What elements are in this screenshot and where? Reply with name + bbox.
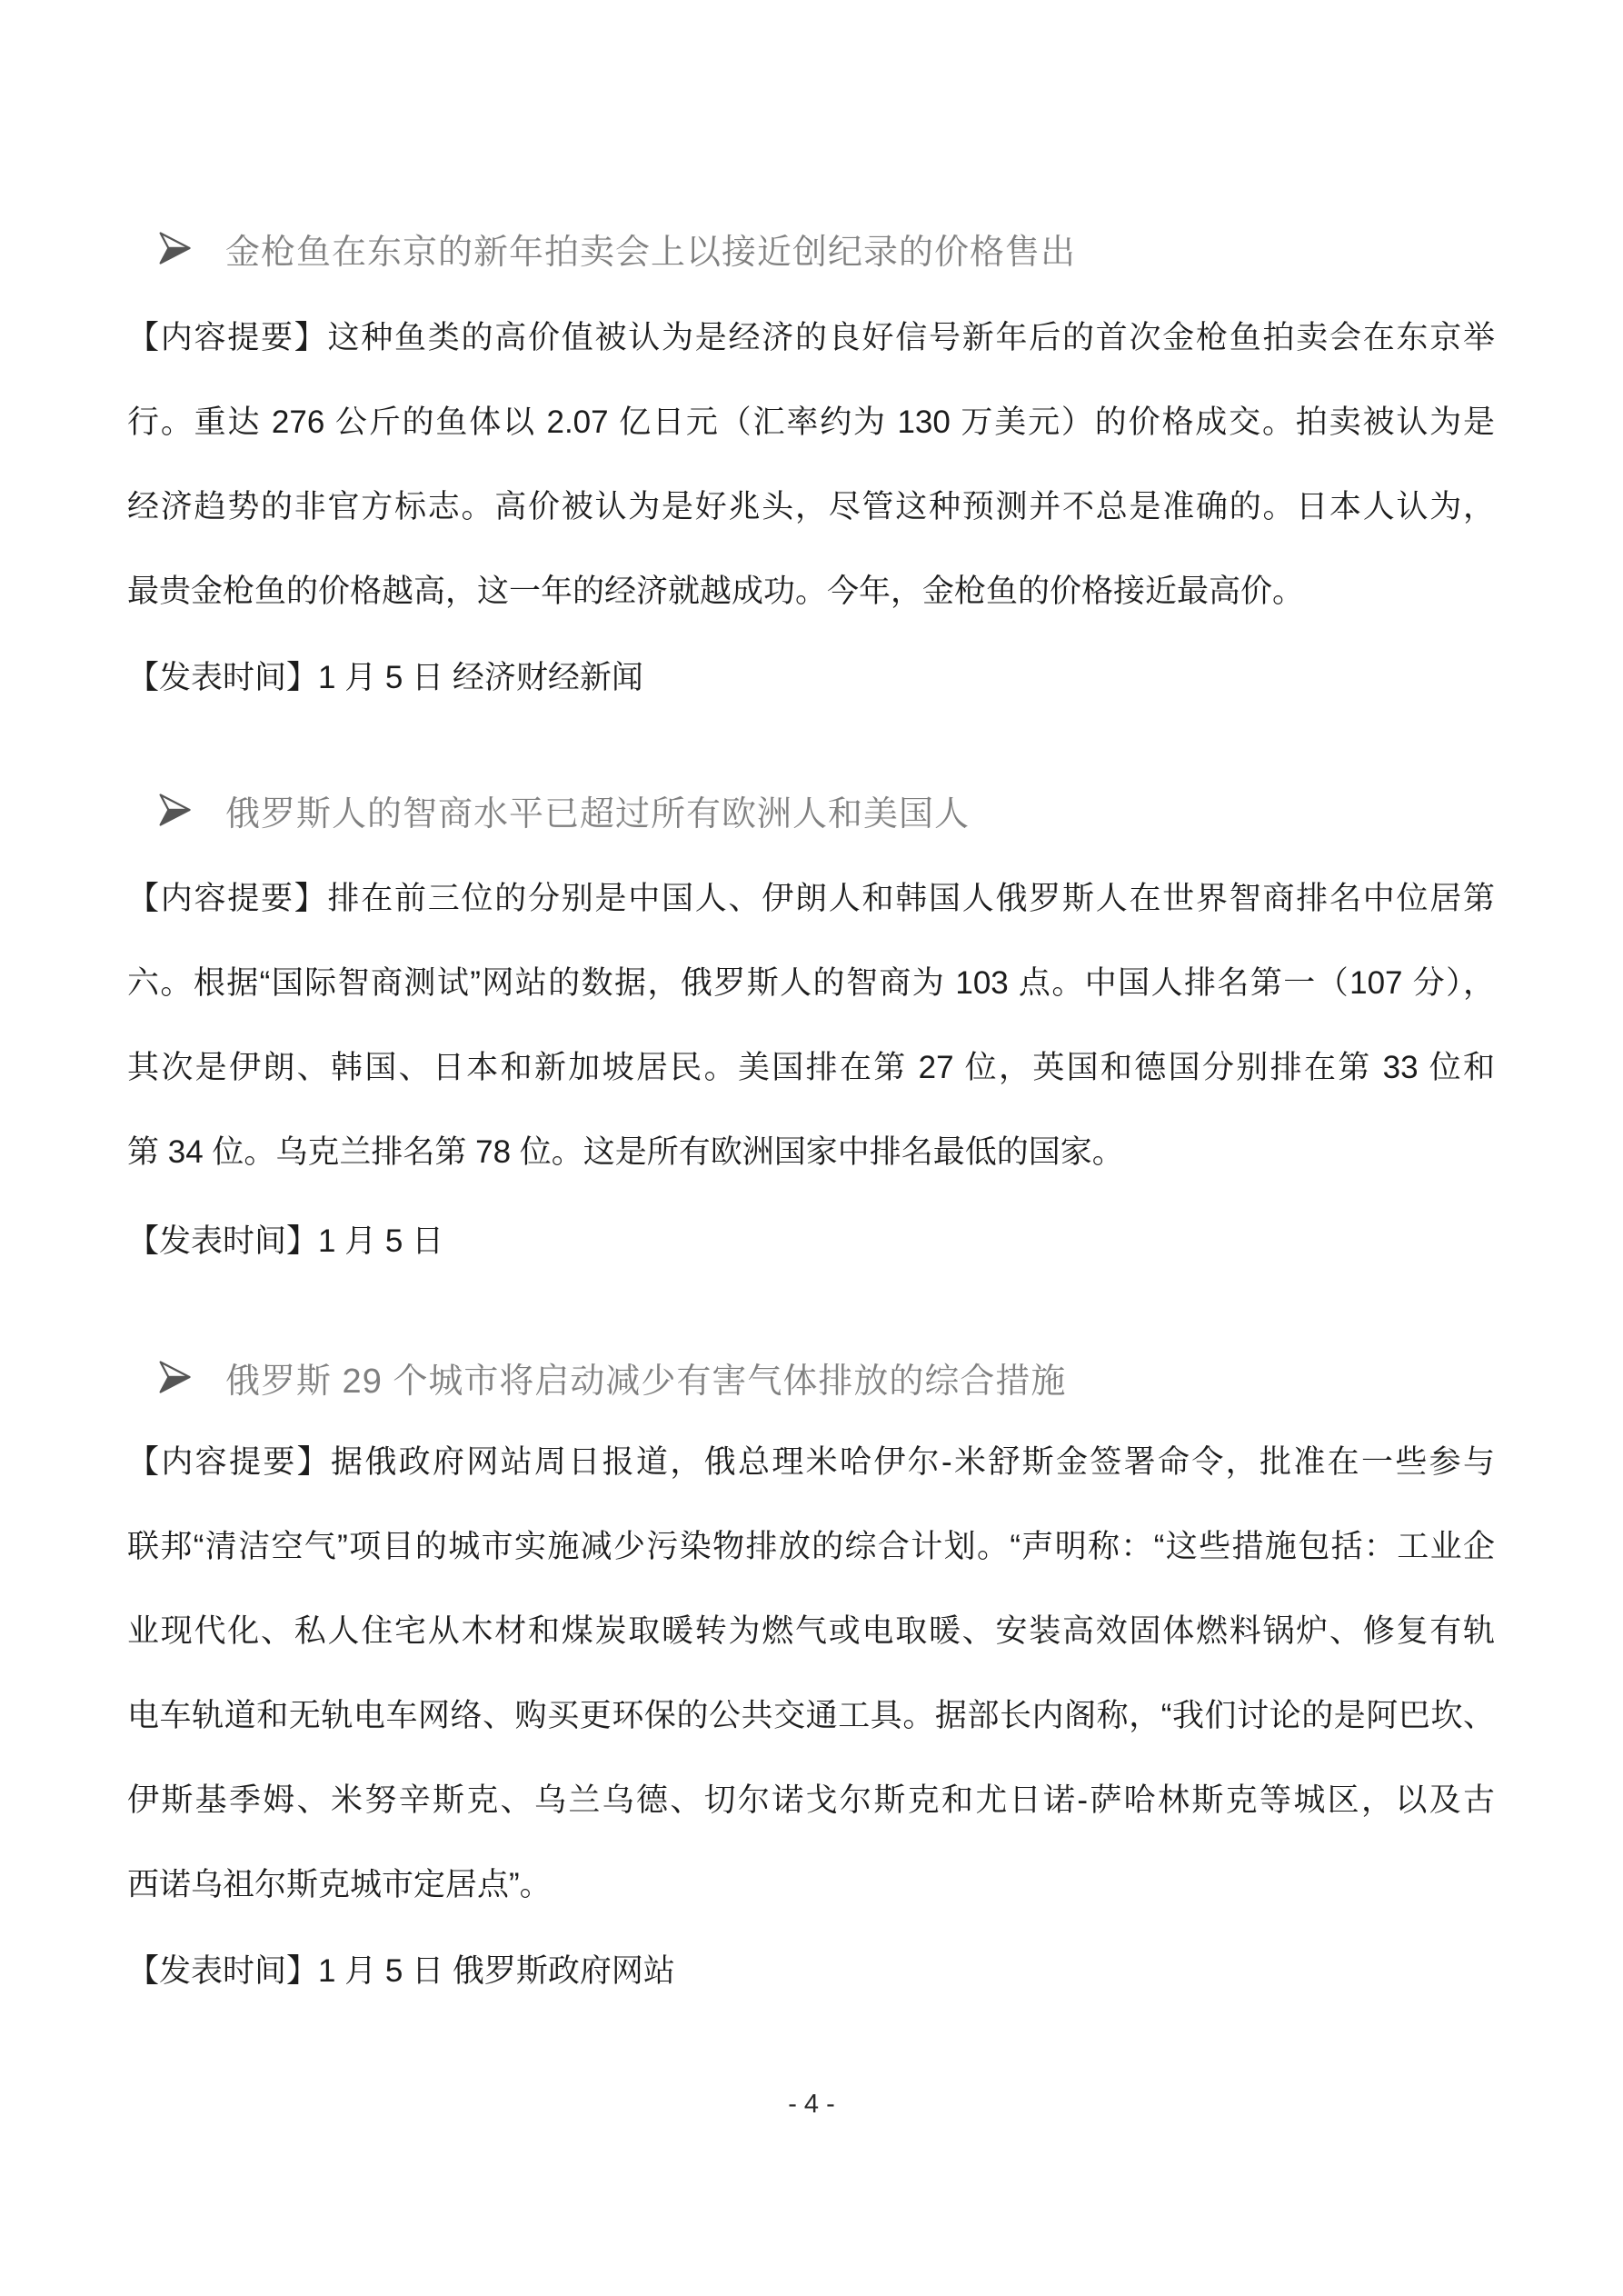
section-heading: 俄罗斯 29 个城市将启动减少有害气体排放的综合措施: [154, 1350, 1499, 1404]
summary-line: 第 34 位。乌克兰排名第 78 位。这是所有欧洲国家中排名最低的国家。: [127, 1110, 1495, 1194]
section-title: 金枪鱼在东京的新年拍卖会上以接近创纪录的价格售出: [225, 224, 1076, 274]
page-footer: - 4 -: [0, 2086, 1623, 2122]
section-summary: 【内容提要】排在前三位的分别是中国人、伊朗人和韩国人俄罗斯人在世界智商排名中位居…: [127, 856, 1495, 1194]
summary-line: 六。根据“国际智商测试”网站的数据，俄罗斯人的智商为 103 点。中国人排名第一…: [127, 941, 1495, 1025]
section-heading: 金枪鱼在东京的新年拍卖会上以接近创纪录的价格售出: [154, 221, 1499, 275]
section-summary: 【内容提要】这种鱼类的高价值被认为是经济的良好信号新年后的首次金枪鱼拍卖会在东京…: [127, 295, 1495, 634]
summary-line: 经济趋势的非官方标志。高价被认为是好兆头，尽管这种预测并不总是准确的。日本人认为…: [127, 464, 1495, 549]
document-page: 金枪鱼在东京的新年拍卖会上以接近创纪录的价格售出 【内容提要】这种鱼类的高价值被…: [0, 0, 1623, 2296]
summary-line: 伊斯基季姆、米努辛斯克、乌兰乌德、切尔诺戈尔斯克和尤日诺-萨哈林斯克等城区，以及…: [127, 1758, 1495, 1842]
arrowhead-bullet-icon: [154, 790, 194, 830]
arrowhead-bullet-icon: [154, 228, 194, 268]
arrowhead-bullet-icon: [154, 1357, 194, 1397]
summary-line: 其次是伊朗、韩国、日本和新加坡居民。美国排在第 27 位，英国和德国分别排在第 …: [127, 1025, 1495, 1110]
summary-line: 业现代化、私人住宅从木材和煤炭取暖转为燃气或电取暖、安装高效固体燃料锅炉、修复有…: [127, 1589, 1495, 1673]
section-title: 俄罗斯人的智商水平已超过所有欧洲人和美国人: [225, 785, 970, 835]
section-summary: 【内容提要】据俄政府网站周日报道，俄总理米哈伊尔-米舒斯金签署命令，批准在一些参…: [127, 1420, 1495, 1927]
summary-line: 行。重达 276 公斤的鱼体以 2.07 亿日元（汇率约为 130 万美元）的价…: [127, 380, 1495, 464]
summary-line: 【内容提要】据俄政府网站周日报道，俄总理米哈伊尔-米舒斯金签署命令，批准在一些参…: [127, 1420, 1495, 1504]
summary-line: 西诺乌祖尔斯克城市定居点”。: [127, 1842, 1495, 1927]
summary-line: 联邦“清洁空气”项目的城市实施减少污染物排放的综合计划。“声明称：“这些措施包括…: [127, 1504, 1495, 1589]
summary-line: 最贵金枪鱼的价格越高，这一年的经济就越成功。今年，金枪鱼的价格接近最高价。: [127, 549, 1495, 634]
section-publish-line: 【发表时间】1 月 5 日: [127, 1199, 1495, 1283]
section-heading: 俄罗斯人的智商水平已超过所有欧洲人和美国人: [154, 783, 1499, 837]
summary-line: 【内容提要】排在前三位的分别是中国人、伊朗人和韩国人俄罗斯人在世界智商排名中位居…: [127, 856, 1495, 941]
page-number: - 4 -: [788, 2090, 835, 2119]
section-publish-line: 【发表时间】1 月 5 日 俄罗斯政府网站: [127, 1929, 1495, 2013]
section-title: 俄罗斯 29 个城市将启动减少有害气体排放的综合措施: [225, 1353, 1066, 1403]
summary-line: 电车轨道和无轨电车网络、购买更环保的公共交通工具。据部长内阁称，“我们讨论的是阿…: [127, 1673, 1495, 1758]
section-publish-line: 【发表时间】1 月 5 日 经济财经新闻: [127, 635, 1495, 720]
summary-line: 【内容提要】这种鱼类的高价值被认为是经济的良好信号新年后的首次金枪鱼拍卖会在东京…: [127, 295, 1495, 380]
